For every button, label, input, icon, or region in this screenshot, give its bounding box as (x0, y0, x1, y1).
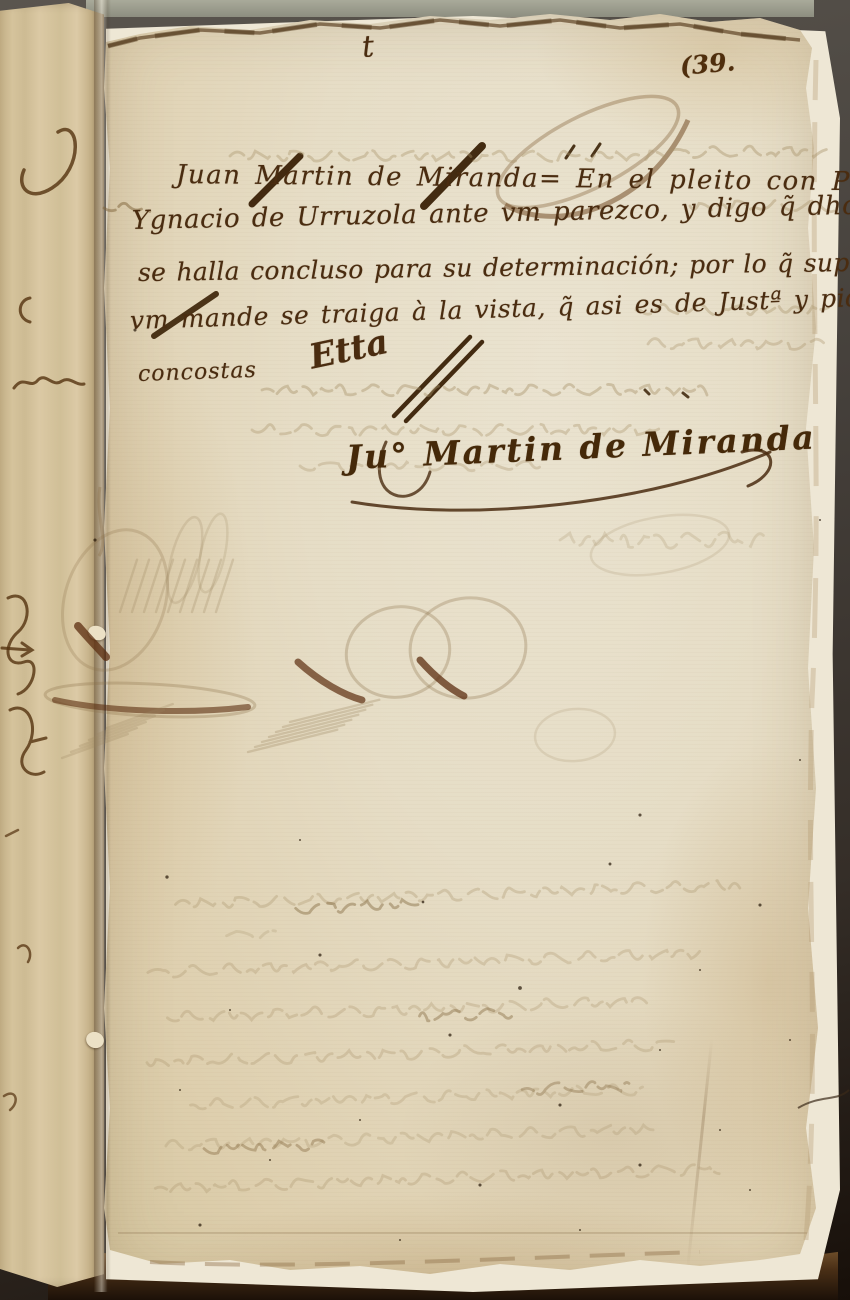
paper-speck (609, 863, 612, 866)
strip-flourish (8, 596, 34, 694)
paper-speck (478, 1183, 481, 1186)
paper-speck (318, 953, 321, 956)
paper-speck (638, 813, 641, 816)
manuscript-photo: t (39. Juan Martin de Miranda= En el ple… (0, 0, 850, 1300)
paper-speck (758, 903, 761, 906)
deckle-edge-bottom (150, 1252, 700, 1265)
strip-arrow-mark (2, 643, 32, 656)
paper-speck (93, 538, 96, 541)
ink-bleedthrough-line (166, 1123, 659, 1152)
ink-bleedthrough-line (668, 146, 826, 157)
strip-flourish (22, 130, 76, 194)
paper-speck (719, 1129, 721, 1131)
stray-fiber (798, 1090, 849, 1108)
bleedthrough-hatching (62, 560, 379, 758)
paper-speck (229, 1009, 231, 1011)
folio-number: (39. (679, 47, 737, 81)
paper-speck (179, 1089, 181, 1091)
paper-speck (422, 901, 425, 904)
bleedthrough-smear (78, 626, 106, 657)
ink-bleedthrough-line (560, 532, 763, 548)
ink-bleedthrough-line (648, 339, 827, 350)
paper-speck (799, 759, 801, 761)
strip-mark (20, 298, 30, 322)
paper-speck (749, 1189, 751, 1191)
ink-bleedthrough-line (175, 879, 740, 910)
bleedthrough-loop (338, 597, 458, 707)
paper-speck (638, 1163, 641, 1166)
bleedthrough-loop (533, 706, 617, 765)
bleedthrough-hatch-stroke (290, 700, 379, 722)
bleedthrough-stroke (99, 487, 103, 556)
bleedthrough-hatch-stroke (262, 720, 351, 742)
strip-mark (4, 1094, 16, 1110)
paper-speck (299, 839, 301, 841)
bleedthrough-hatch-stroke (283, 705, 372, 727)
deckle-edge-top (108, 20, 800, 46)
strip-mark (6, 830, 18, 836)
bleedthrough-smear (298, 662, 362, 700)
etcetera-slash (406, 342, 482, 421)
paper-speck (165, 875, 168, 878)
ink-bleedthrough-line (148, 947, 700, 978)
deckle-edge-top-dark (108, 20, 800, 46)
paper-speck (448, 1033, 451, 1036)
strip-mark (18, 945, 30, 962)
bleedthrough-text-lower (141, 879, 750, 1194)
ink-bleedthrough-line (190, 1084, 643, 1111)
ink-bleedthrough-line (262, 384, 707, 395)
ink-bleedthrough-line (295, 899, 418, 914)
invocation-cross-mark: t (361, 29, 375, 65)
ink-bleedthrough-line (226, 930, 275, 940)
strip-flourish (10, 708, 46, 774)
paper-speck (269, 1159, 271, 1161)
paper-speck (198, 1223, 201, 1226)
etcetera-slash (394, 337, 470, 416)
paper-speck (558, 1103, 561, 1106)
ink-bleedthrough-line (167, 995, 649, 1024)
ink-bleedthrough-line (147, 1038, 674, 1068)
paper-speck (579, 1229, 581, 1231)
paper-speck (359, 1119, 361, 1121)
bleedthrough-smear (420, 660, 464, 696)
paper-speck (659, 1049, 661, 1051)
petition-line-5: concostas (138, 358, 258, 387)
paper-speck (399, 1239, 401, 1241)
bleedthrough-hatch-stroke (269, 715, 358, 737)
paper-speck (819, 519, 821, 521)
deckle-edge-right (806, 60, 816, 1240)
bleedthrough-hatch-stroke (255, 725, 344, 747)
previous-page-ink-marks (2, 130, 84, 1110)
ink-bleedthrough-line (155, 1163, 719, 1194)
bleedthrough-hatch-stroke (248, 730, 337, 752)
bleedthrough-hatch-stroke (276, 710, 365, 732)
strip-mark (14, 378, 84, 388)
paper-speck (518, 986, 522, 990)
bleedthrough-loop (404, 590, 533, 705)
paper-speck (699, 969, 701, 971)
ink-bleedthrough-line (522, 1080, 629, 1095)
paper-speck (789, 1039, 791, 1041)
bleedthrough-loop (45, 516, 185, 684)
